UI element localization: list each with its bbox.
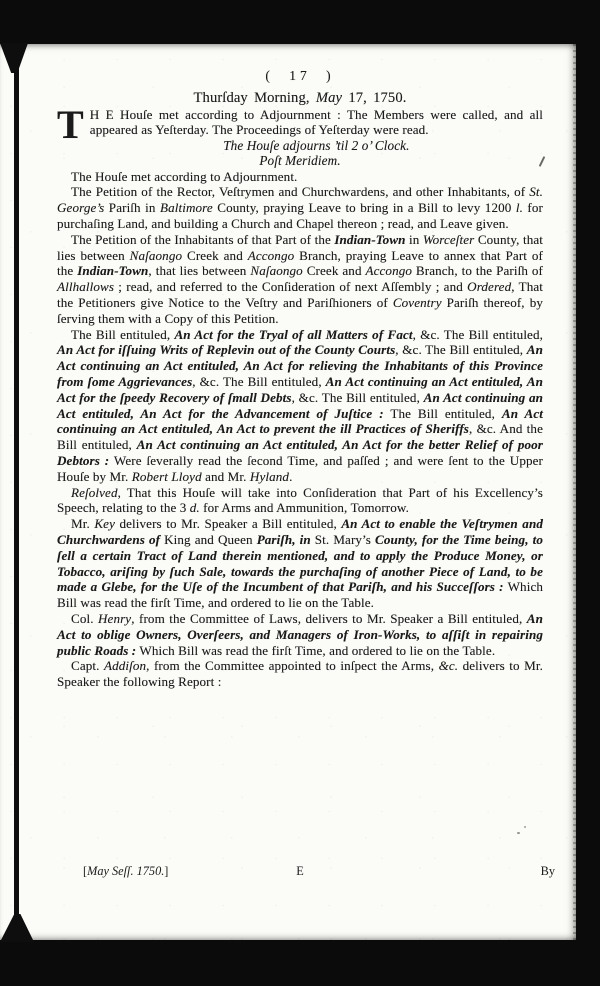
- scan-artifact: [517, 832, 520, 834]
- scan-border-right: [576, 0, 600, 986]
- paragraph-resolved: Reſolved, That this Houſe will take into…: [57, 485, 543, 517]
- paragraph-col-henry-bill: Col. Henry, from the Committee of Laws, …: [57, 611, 543, 658]
- paragraph-capt-addison: Capt. Addiſon, from the Committee appoin…: [57, 658, 543, 690]
- gutter-shadow: [14, 62, 19, 924]
- scan-border-bottom: [0, 938, 600, 986]
- page-text-column: ( 17 ) Thurſday Morning, May 17, 1750. T…: [57, 68, 543, 690]
- paragraph-petition-st-georges: The Petition of the Rector, Veſtrymen an…: [57, 184, 543, 231]
- paragraph-petition-indian-town: The Petition of the Inhabitants of that …: [57, 232, 543, 327]
- paragraph-house-met: The Houſe met according to Adjournment.: [57, 169, 543, 185]
- paragraph-text: H E Houſe met according to Adjournment :…: [90, 107, 543, 138]
- adjournment-line-2: Poſt Meridiem.: [57, 153, 543, 168]
- dateline: Thurſday Morning, May 17, 1750.: [57, 91, 543, 107]
- page-number: ( 17 ): [57, 68, 543, 84]
- catchword: By: [541, 864, 555, 879]
- scanned-document: ( 17 ) Thurſday Morning, May 17, 1750. T…: [0, 0, 600, 986]
- scan-edge-noise: [573, 44, 576, 940]
- drop-cap: T: [57, 107, 90, 139]
- book-page: ( 17 ) Thurſday Morning, May 17, 1750. T…: [0, 44, 576, 940]
- page-footer: [May Seſſ. 1750.] E By: [57, 864, 543, 882]
- scan-artifact: [524, 826, 526, 828]
- paragraph-mr-key-bill: Mr. Key delivers to Mr. Speaker a Bill e…: [57, 516, 543, 611]
- paragraph-bills-read: The Bill entituled, An Act for the Tryal…: [57, 327, 543, 485]
- signature-mark: E: [57, 864, 543, 879]
- scan-border-top: [0, 0, 600, 44]
- paragraph-opening: TH E Houſe met according to Adjournment …: [57, 107, 543, 139]
- gutter-shadow-bottom: [0, 914, 34, 942]
- adjournment-line-1: The Houſe adjourns ’til 2 o’ Clock.: [57, 138, 543, 153]
